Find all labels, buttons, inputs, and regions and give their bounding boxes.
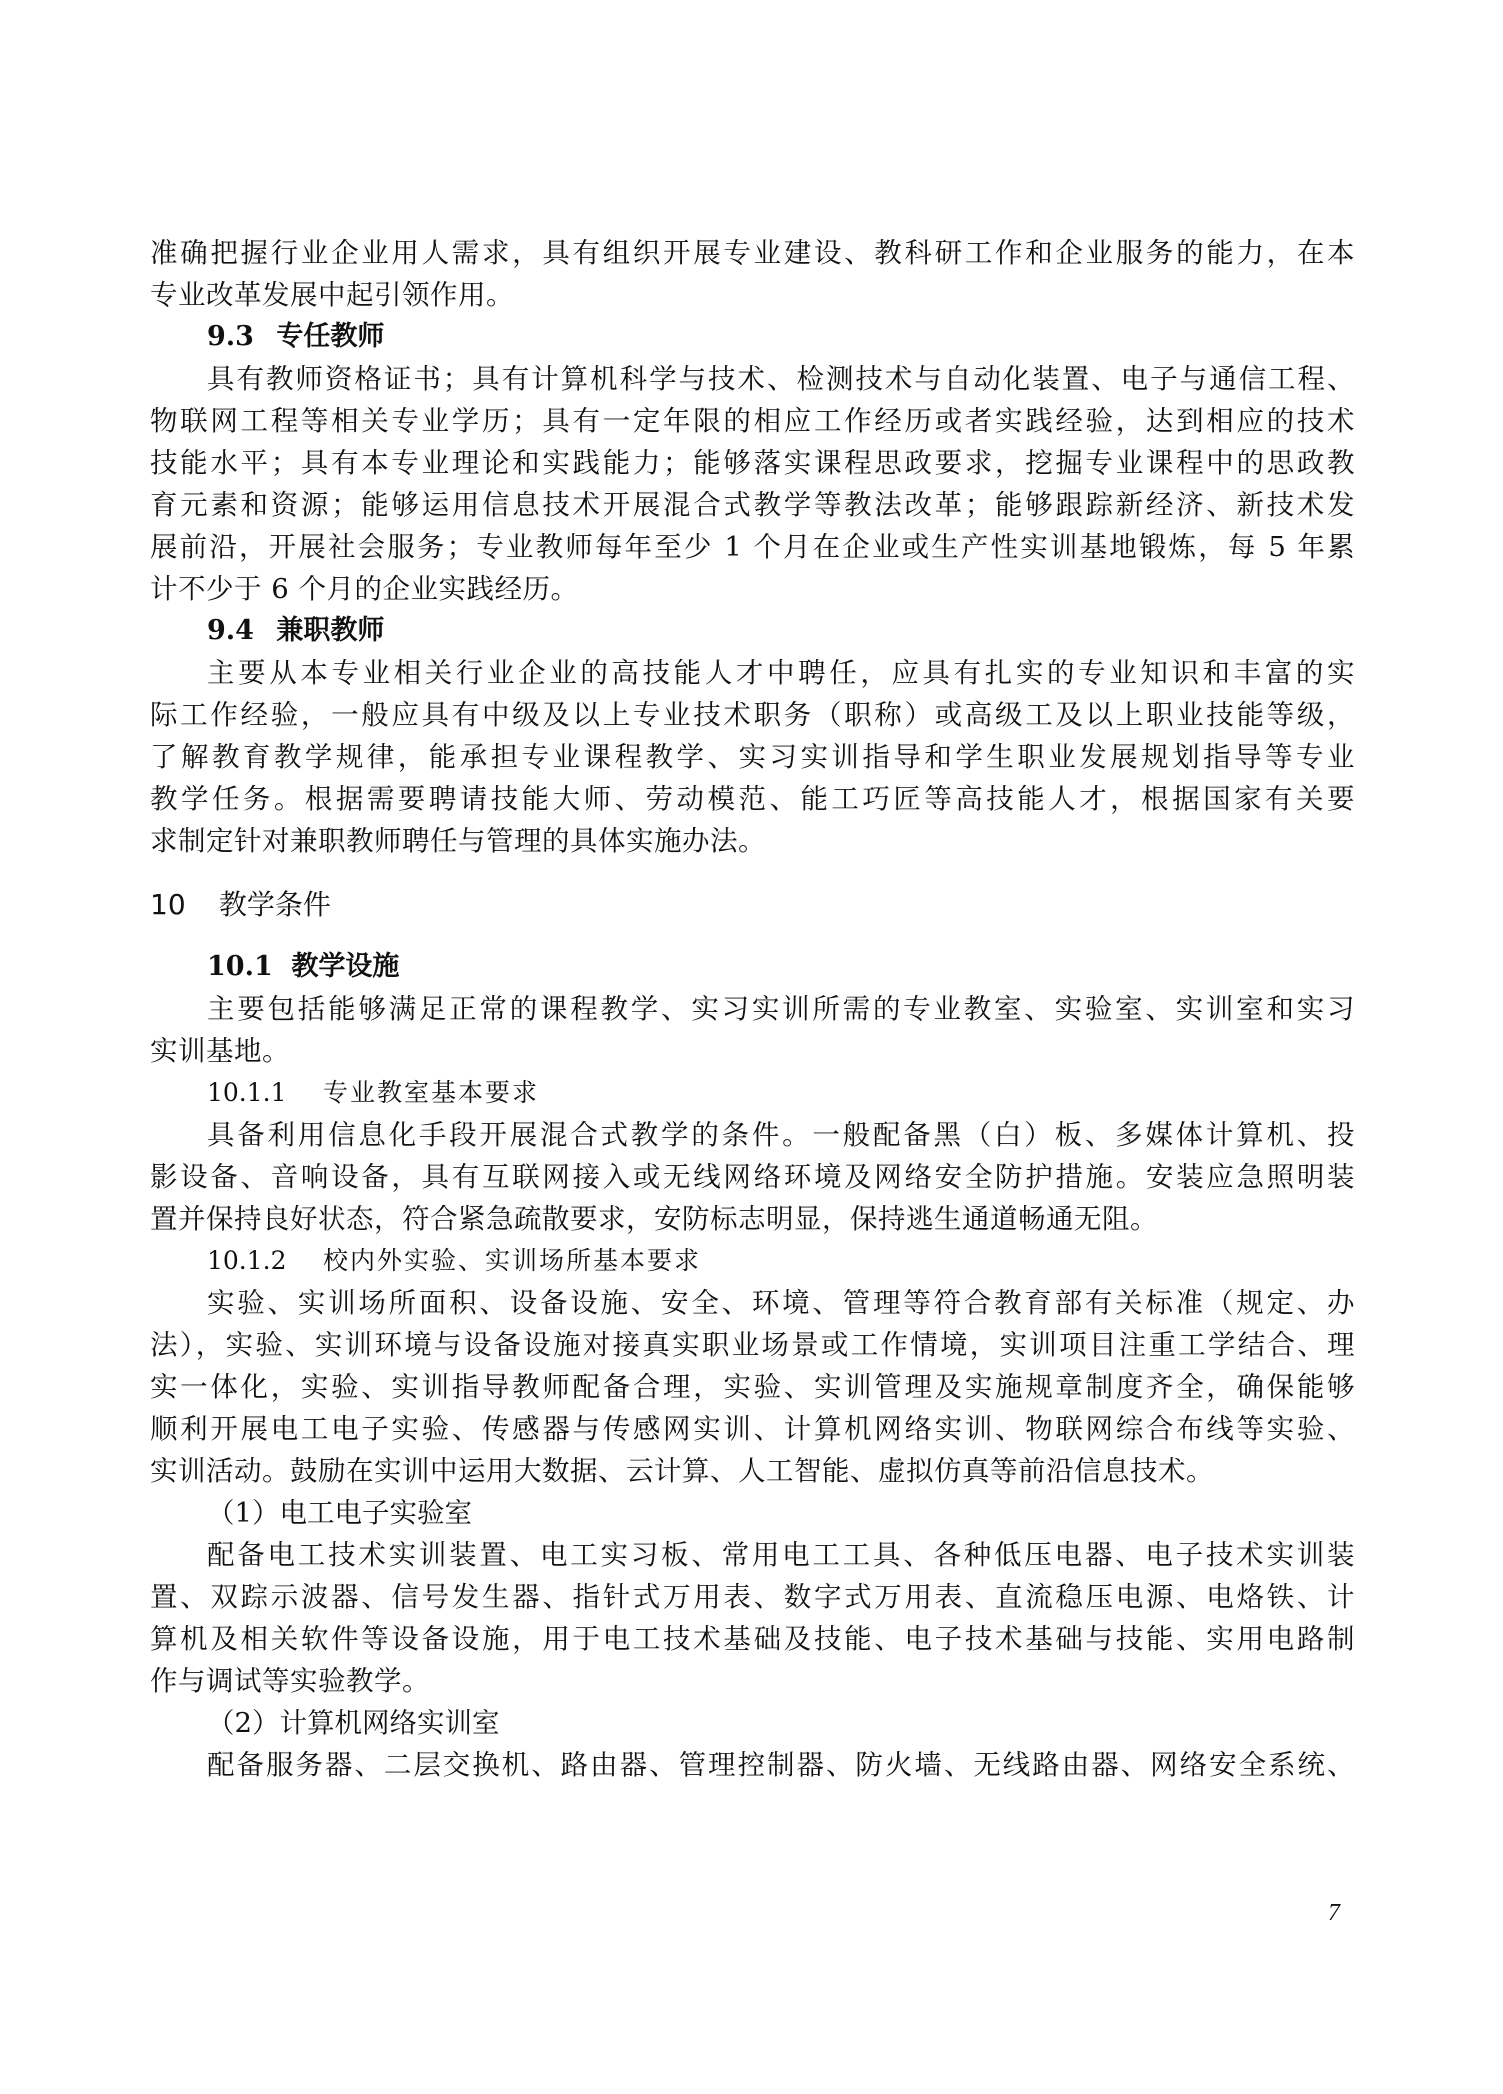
intro-paragraph: 准确把握行业企业用人需求，具有组织开展专业建设、教科研工作和企业服务的能力，在本… — [150, 232, 1355, 316]
section-heading-9-3: 9.3 专任教师 — [150, 316, 1355, 358]
chapter-title: 教学条件 — [219, 888, 331, 921]
section-10-1-paragraph: 主要包括能够满足正常的课程教学、实习实训所需的专业教室、实验室、实训室和实习 实… — [150, 988, 1355, 1072]
page-number: 7 — [1328, 1900, 1340, 1927]
paragraph-line: 作与调试等实验教学。 — [150, 1660, 1355, 1702]
section-10-1-1-paragraph: 具备利用信息化手段开展混合式教学的条件。一般配备黑（白）板、多媒体计算机、投 影… — [150, 1114, 1355, 1240]
paragraph-line: 主要包括能够满足正常的课程教学、实习实训所需的专业教室、实验室、实训室和实习 — [150, 988, 1355, 1030]
paragraph-line: 专业改革发展中起引领作用。 — [150, 274, 1355, 316]
item-2-paragraph: 配备服务器、二层交换机、路由器、管理控制器、防火墙、无线路由器、网络安全系统、 — [150, 1744, 1355, 1786]
paragraph-line: 准确把握行业企业用人需求，具有组织开展专业建设、教科研工作和企业服务的能力，在本 — [150, 232, 1355, 274]
section-9-3-paragraph: 具有教师资格证书；具有计算机科学与技术、检测技术与自动化装置、电子与通信工程、 … — [150, 358, 1355, 610]
item-1-paragraph: 配备电工技术实训装置、电工实习板、常用电工工具、各种低压电器、电子技术实训装 置… — [150, 1534, 1355, 1702]
paragraph-line: 计不少于 6 个月的企业实践经历。 — [150, 568, 1355, 610]
section-title: 兼职教师 — [276, 615, 384, 646]
subsection-heading-10-1-2: 10.1.2 校内外实验、实训场所基本要求 — [150, 1240, 1355, 1282]
list-item-heading-2: （2）计算机网络实训室 — [150, 1702, 1355, 1744]
paragraph-line: 具有教师资格证书；具有计算机科学与技术、检测技术与自动化装置、电子与通信工程、 — [150, 358, 1355, 400]
paragraph-line: 配备服务器、二层交换机、路由器、管理控制器、防火墙、无线路由器、网络安全系统、 — [150, 1744, 1355, 1786]
paragraph-line: 际工作经验，一般应具有中级及以上专业技术职务（职称）或高级工及以上职业技能等级， — [150, 694, 1355, 736]
paragraph-line: 教学任务。根据需要聘请技能大师、劳动模范、能工巧匠等高技能人才，根据国家有关要 — [150, 778, 1355, 820]
paragraph-line: 配备电工技术实训装置、电工实习板、常用电工工具、各种低压电器、电子技术实训装 — [150, 1534, 1355, 1576]
subsection-heading-10-1-1: 10.1.1 专业教室基本要求 — [150, 1072, 1355, 1114]
paragraph-line: 技能水平；具有本专业理论和实践能力；能够落实课程思政要求，挖掘专业课程中的思政教 — [150, 442, 1355, 484]
paragraph-line: 物联网工程等相关专业学历；具有一定年限的相应工作经历或者实践经验，达到相应的技术 — [150, 400, 1355, 442]
paragraph-line: 展前沿，开展社会服务；专业教师每年至少 1 个月在企业或生产性实训基地锻炼，每 … — [150, 526, 1355, 568]
section-number: 9.3 — [207, 316, 267, 358]
section-9-4-paragraph: 主要从本专业相关行业企业的高技能人才中聘任，应具有扎实的专业知识和丰富的实 际工… — [150, 652, 1355, 862]
paragraph-line: 主要从本专业相关行业企业的高技能人才中聘任，应具有扎实的专业知识和丰富的实 — [150, 652, 1355, 694]
paragraph-line: 算机及相关软件等设备设施，用于电工技术基础及技能、电子技术基础与技能、实用电路制 — [150, 1618, 1355, 1660]
paragraph-line: 具备利用信息化手段开展混合式教学的条件。一般配备黑（白）板、多媒体计算机、投 — [150, 1114, 1355, 1156]
subsection-number: 10.1.2 — [207, 1240, 313, 1282]
section-heading-9-4: 9.4 兼职教师 — [150, 610, 1355, 652]
section-title: 专任教师 — [276, 321, 384, 352]
section-10-1-2-paragraph: 实验、实训场所面积、设备设施、安全、环境、管理等符合教育部有关标准（规定、办 法… — [150, 1282, 1355, 1492]
paragraph-line: 了解教育教学规律，能承担专业课程教学、实习实训指导和学生职业发展规划指导等专业 — [150, 736, 1355, 778]
paragraph-line: 法），实验、实训环境与设备设施对接真实职业场景或工作情境，实训项目注重工学结合、… — [150, 1324, 1355, 1366]
section-number: 10.1 — [207, 946, 282, 988]
paragraph-line: 实一体化，实验、实训指导教师配备合理，实验、实训管理及实施规章制度齐全，确保能够 — [150, 1366, 1355, 1408]
paragraph-line: 育元素和资源；能够运用信息技术开展混合式教学等教法改革；能够跟踪新经济、新技术发 — [150, 484, 1355, 526]
section-number: 9.4 — [207, 610, 267, 652]
list-item-heading-1: （1）电工电子实验室 — [150, 1492, 1355, 1534]
paragraph-line: 实训基地。 — [150, 1030, 1355, 1072]
paragraph-line: 影设备、音响设备，具有互联网接入或无线网络环境及网络安全防护措施。安装应急照明装 — [150, 1156, 1355, 1198]
chapter-heading-10: 10 教学条件 — [150, 884, 1355, 926]
subsection-title: 专业教室基本要求 — [323, 1078, 539, 1107]
paragraph-line: 求制定针对兼职教师聘任与管理的具体实施办法。 — [150, 820, 1355, 862]
document-page: 准确把握行业企业用人需求，具有组织开展专业建设、教科研工作和企业服务的能力，在本… — [150, 232, 1355, 1786]
subsection-title: 校内外实验、实训场所基本要求 — [323, 1246, 701, 1275]
paragraph-line: 顺利开展电工电子实验、传感器与传感网实训、计算机网络实训、物联网综合布线等实验、 — [150, 1408, 1355, 1450]
subsection-number: 10.1.1 — [207, 1072, 313, 1114]
paragraph-line: 实训活动。鼓励在实训中运用大数据、云计算、人工智能、虚拟仿真等前沿信息技术。 — [150, 1450, 1355, 1492]
section-title: 教学设施 — [291, 951, 399, 982]
paragraph-line: 实验、实训场所面积、设备设施、安全、环境、管理等符合教育部有关标准（规定、办 — [150, 1282, 1355, 1324]
paragraph-line: 置并保持良好状态，符合紧急疏散要求，安防标志明显，保持逃生通道畅通无阻。 — [150, 1198, 1355, 1240]
section-heading-10-1: 10.1 教学设施 — [150, 946, 1355, 988]
chapter-number: 10 — [150, 884, 210, 926]
paragraph-line: 置、双踪示波器、信号发生器、指针式万用表、数字式万用表、直流稳压电源、电烙铁、计 — [150, 1576, 1355, 1618]
